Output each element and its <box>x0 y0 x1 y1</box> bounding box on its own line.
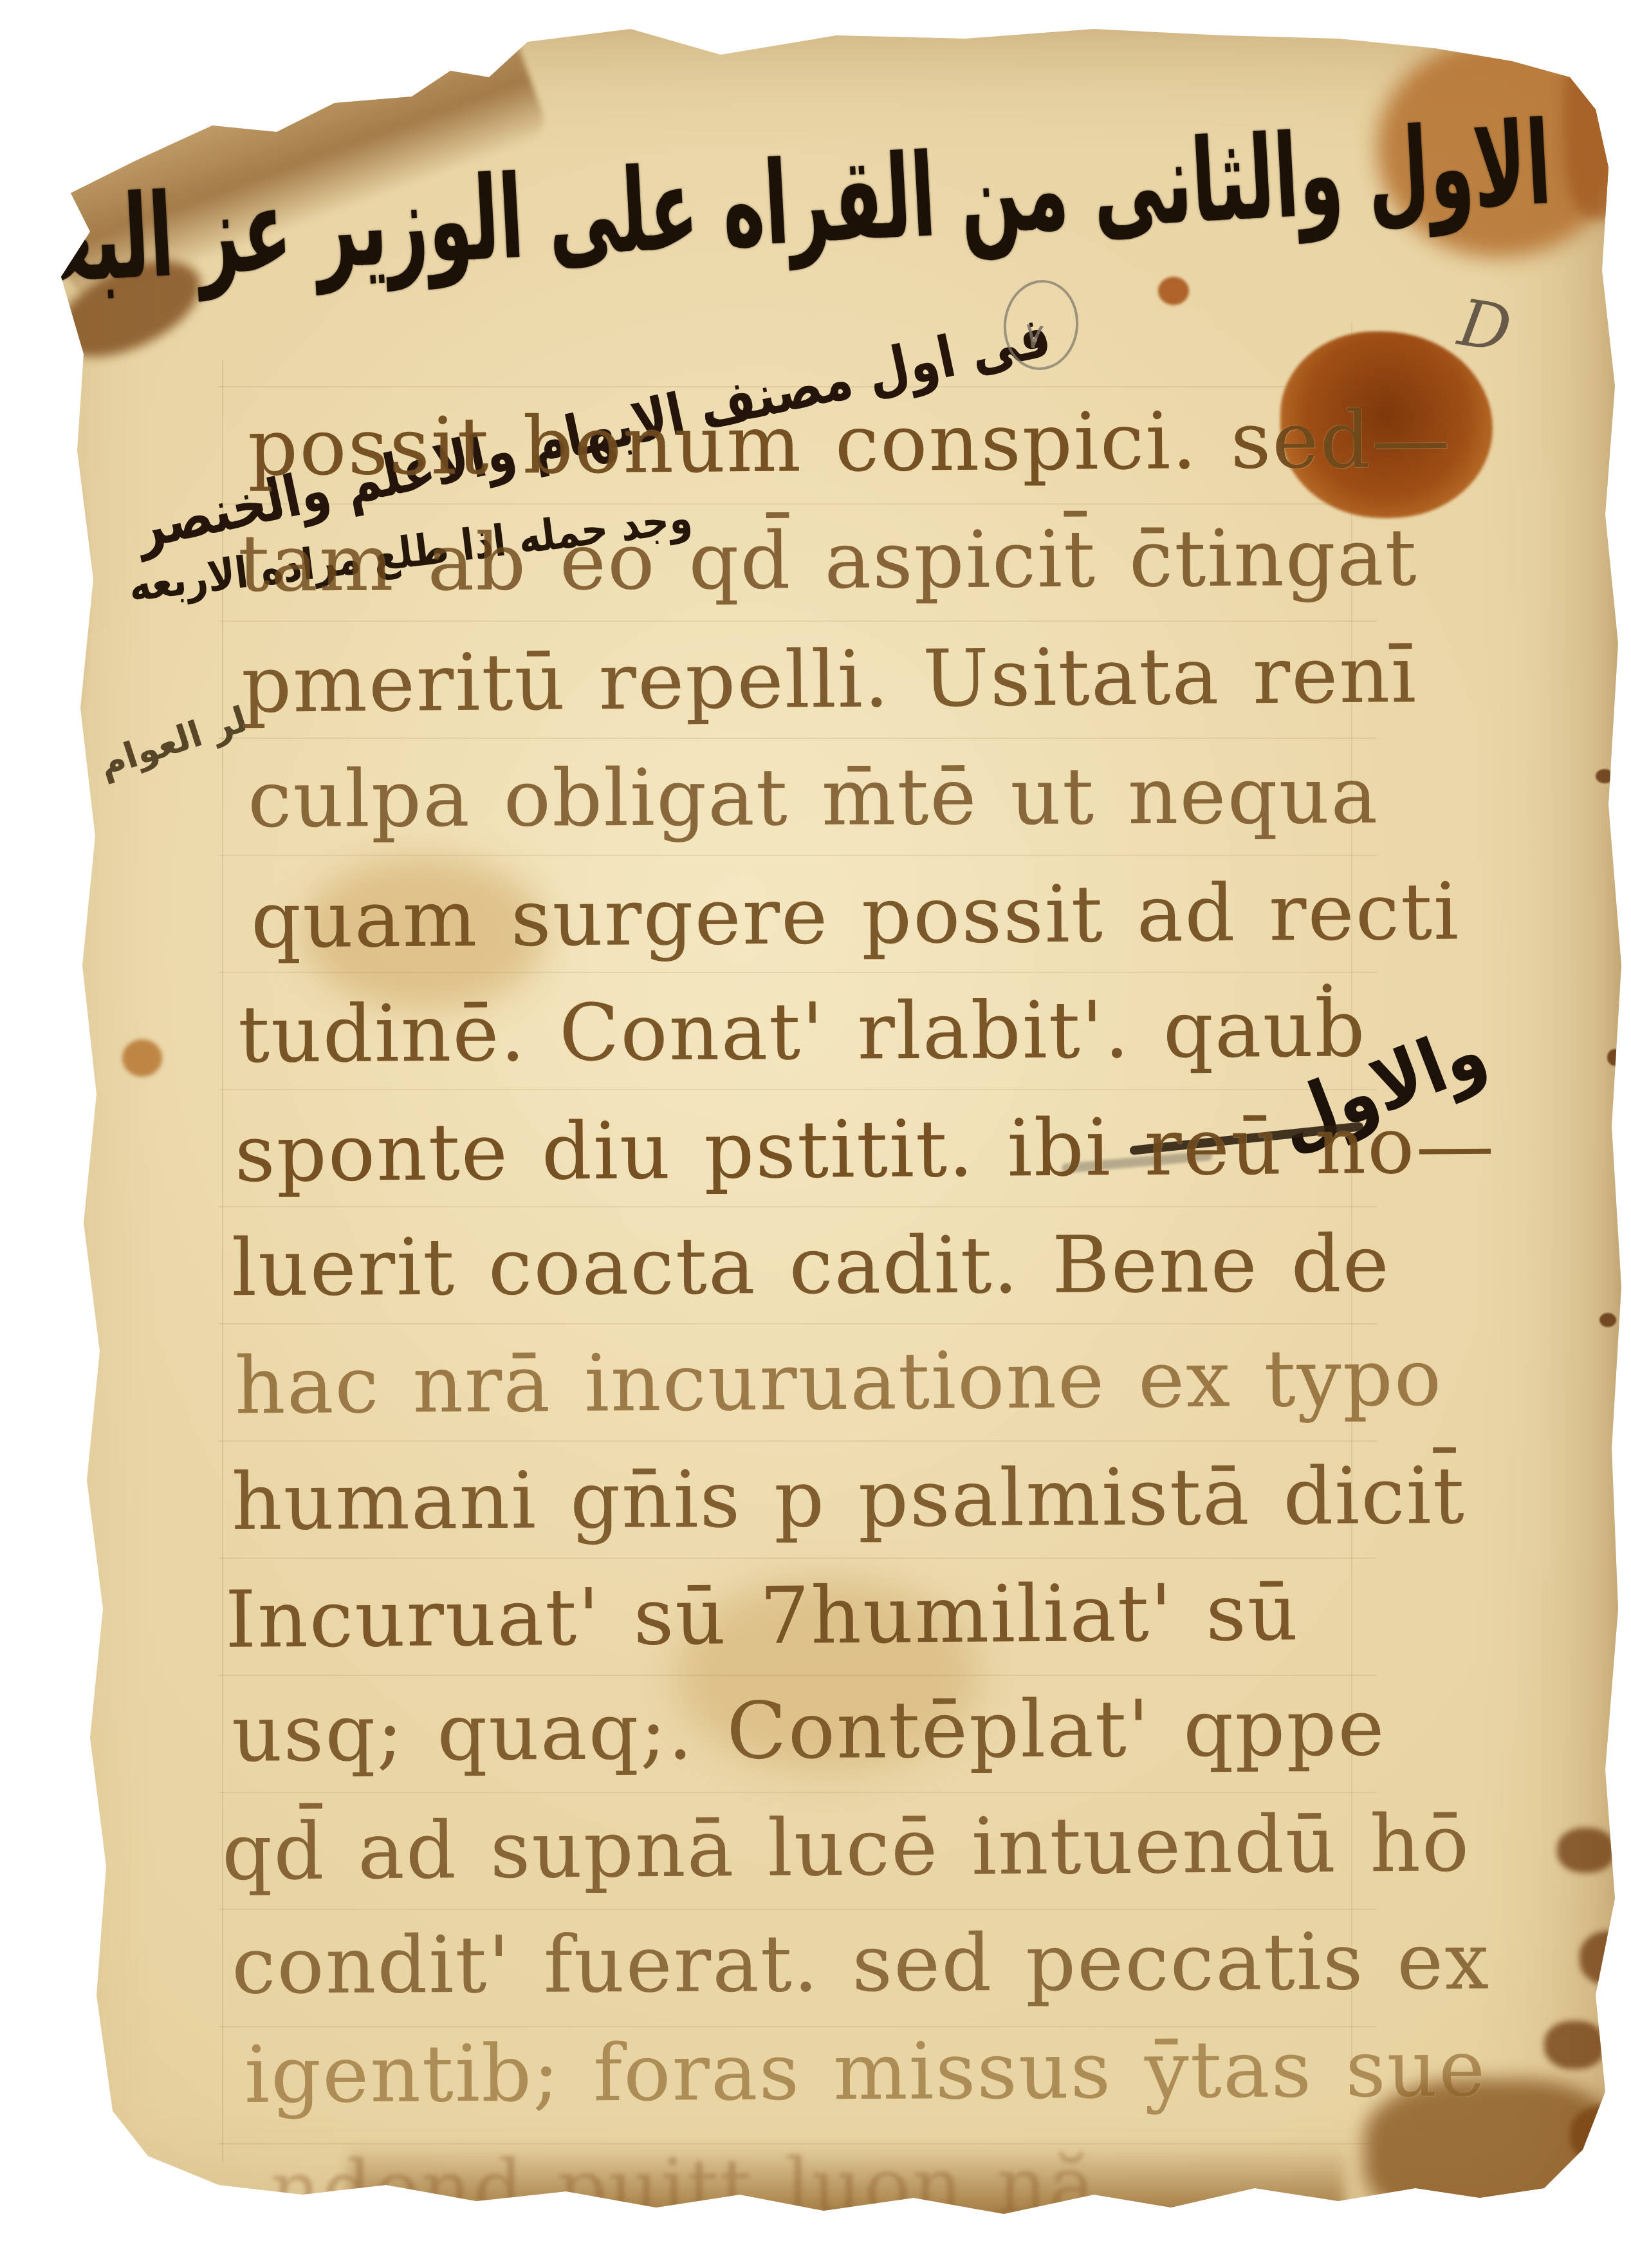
latin-line: pmeritū repelli. Usitata renī <box>241 629 1417 730</box>
latin-line: possit bonum conspici. sed— <box>248 393 1452 493</box>
latin-line: tudinē. Conat' rlabit'. qauḃ <box>238 983 1367 1080</box>
latin-line: luerit coacta cadit. Bene de <box>232 1218 1390 1314</box>
manuscript-photo: الاول والثانى من القراه على الوزير عز ال… <box>0 0 1631 2268</box>
arabic-headline: الاول والثانى من القراه على الوزير عز ال… <box>0 97 1554 314</box>
parchment-leaf: الاول والثانى من القراه على الوزير عز ال… <box>0 0 1631 2268</box>
latin-line-faded: ndend puitt luon nă <box>270 2140 1097 2236</box>
latin-line: tam ab eo qd̄ aspicit̄ c̄tingat <box>238 512 1418 609</box>
pencil-letter-d: D <box>1453 284 1516 367</box>
latin-line: condit' fuerat. sed peccatis ex <box>232 1916 1491 2012</box>
latin-line: quam surgere possit ad recti <box>251 866 1461 965</box>
circled-numeral-glyph: ٧ <box>1022 315 1046 358</box>
latin-line: humani gn̄is p psalmistā dicit̄ <box>232 1450 1466 1548</box>
margin-spot <box>39 1628 64 1654</box>
right-edge-mottle <box>1580 1931 1631 1985</box>
right-edge-speck <box>1607 1049 1623 1066</box>
latin-line: usq; quaq;. Contēplat' qppe <box>232 1682 1386 1779</box>
small-rust-dot <box>1158 277 1189 305</box>
right-edge-mottle <box>1570 2105 1631 2166</box>
latin-line: hac nrā incuruatione ex typo <box>235 1332 1443 1431</box>
right-edge-speck <box>1596 769 1614 783</box>
latin-line: sponte diu pstitit. ibi reū no— <box>235 1099 1496 1200</box>
right-edge-mottle <box>1557 1828 1615 1873</box>
right-edge-speck <box>1599 1313 1616 1327</box>
latin-line: igentib; foras missus ȳtas sue <box>244 2023 1487 2121</box>
latin-line: qd̄ ad supnā lucē intuendū hō <box>222 1798 1471 1898</box>
latin-line: Incuruat' sū 7humiliat' sū <box>225 1566 1300 1666</box>
margin-spot <box>122 1039 162 1077</box>
top-right-edge-burn <box>1563 26 1631 219</box>
left-edge-streak <box>19 451 74 747</box>
right-edge-mottle <box>1544 2021 1605 2069</box>
latin-line: culpa obligat m̄tē ut nequa <box>248 750 1379 845</box>
